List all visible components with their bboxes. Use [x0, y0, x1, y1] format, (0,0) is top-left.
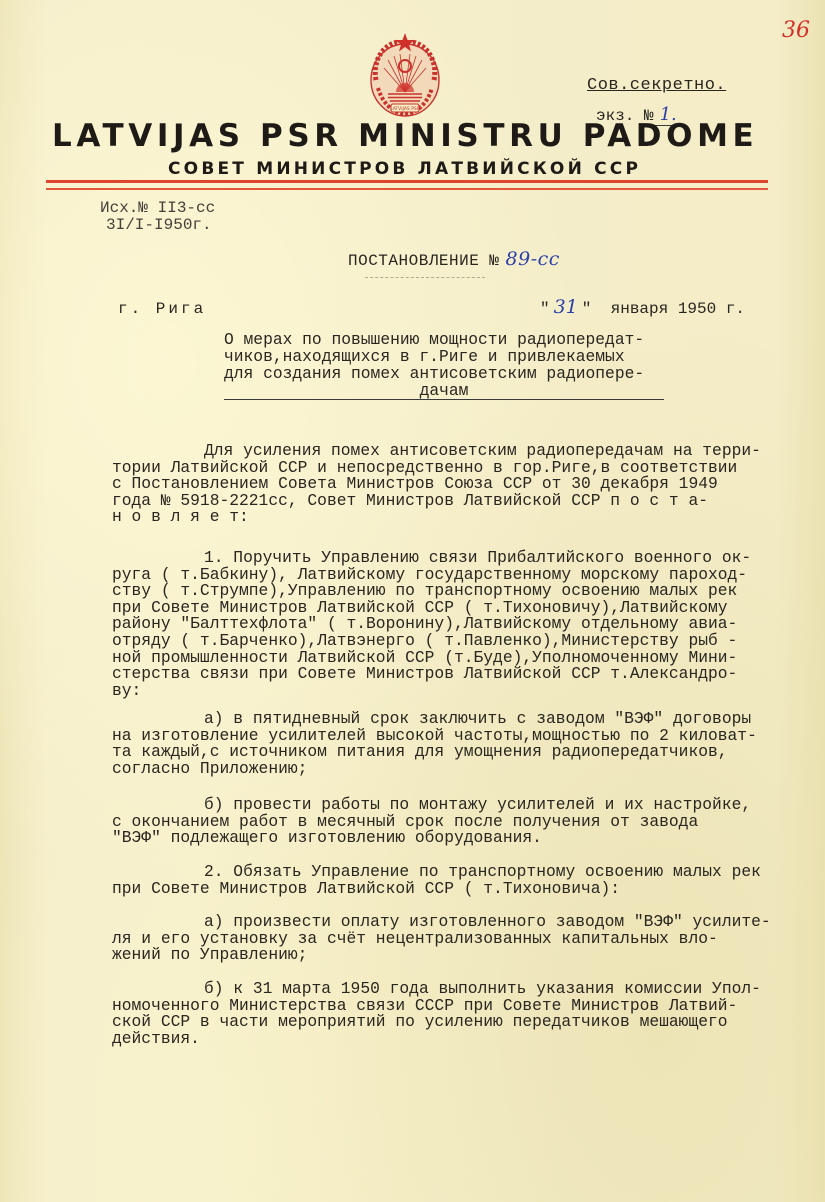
item-2b-paragraph: б) к 31 марта 1950 года выполнить указан… [112, 981, 812, 1047]
decree-date: "31" января 1950 г. [540, 296, 745, 318]
date-day: 31 [554, 296, 578, 318]
svg-text:LATVIJAS PSR: LATVIJAS PSR [390, 106, 420, 112]
subject-line: для создания помех антисоветским радиопе… [224, 365, 704, 382]
text-line: при Совете Министров Латвийской ССР ( т.… [112, 881, 812, 898]
decree-subject: О мерах по повышению мощности радиоперед… [224, 331, 704, 400]
decree-city: г. Рига [118, 300, 206, 318]
item-2a-paragraph: а) произвести оплату изготовленного заво… [112, 914, 812, 964]
quote-open: " [540, 300, 550, 318]
decree-number: 89-сс [506, 248, 560, 270]
item-1-paragraph: 1. Поручить Управлению связи Прибалтийск… [112, 550, 812, 699]
text-line: "ВЭФ" подлежащего изготовлению оборудова… [112, 830, 812, 847]
coat-of-arms-icon: LATVIJAS PSR [362, 30, 448, 120]
letterhead-rule-thick [46, 180, 768, 183]
subject-line: чиков,находящихся в г.Риге и привлекаемы… [224, 348, 704, 365]
outgoing-ref-number: Исх.№ II3-сс [100, 200, 215, 217]
date-month-year: января 1950 г. [611, 300, 745, 318]
decree-heading: ПОСТАНОВЛЕНИЕ №89-сс [348, 248, 560, 270]
decree-label: ПОСТАНОВЛЕНИЕ № [348, 252, 500, 270]
item-2-paragraph: 2. Обязать Управление по транспортному о… [112, 864, 812, 897]
classification-stamp: Сов.секретно. [587, 76, 726, 95]
text-line: согласно Приложению; [112, 761, 812, 778]
quote-close: " [582, 300, 592, 318]
text-line: действия. [112, 1031, 812, 1048]
item-1a-paragraph: а) в пятидневный срок заключить с заводо… [112, 711, 812, 777]
letterhead-rule-thin [46, 188, 768, 190]
subject-line: О мерах по повышению мощности радиоперед… [224, 331, 704, 348]
outgoing-ref-date: 3I/I-I950г. [100, 217, 215, 234]
text-line: жений по Управлению; [112, 947, 812, 964]
outgoing-reference: Исх.№ II3-сс 3I/I-I950г. [100, 200, 215, 234]
page-number: 36 [782, 18, 810, 43]
letterhead-title-latvian: LATVIJAS PSR MINISTRU PADOME [52, 118, 758, 154]
subject-line: дачам [224, 382, 664, 400]
text-line: ву: [112, 683, 812, 700]
text-line: ской ССР в части мероприятий по усилению… [112, 1014, 812, 1031]
text-line: стерства связи при Совете Министров Латв… [112, 666, 812, 683]
divider [365, 277, 485, 278]
letterhead-title-russian: СОВЕТ МИНИСТРОВ ЛАТВИЙСКОЙ ССР [168, 159, 641, 179]
preamble-paragraph: Для усиления помех антисоветским радиопе… [112, 443, 812, 526]
item-1b-paragraph: б) провести работы по монтажу усилителей… [112, 797, 812, 847]
text-line: н о в л я е т: [112, 509, 812, 526]
